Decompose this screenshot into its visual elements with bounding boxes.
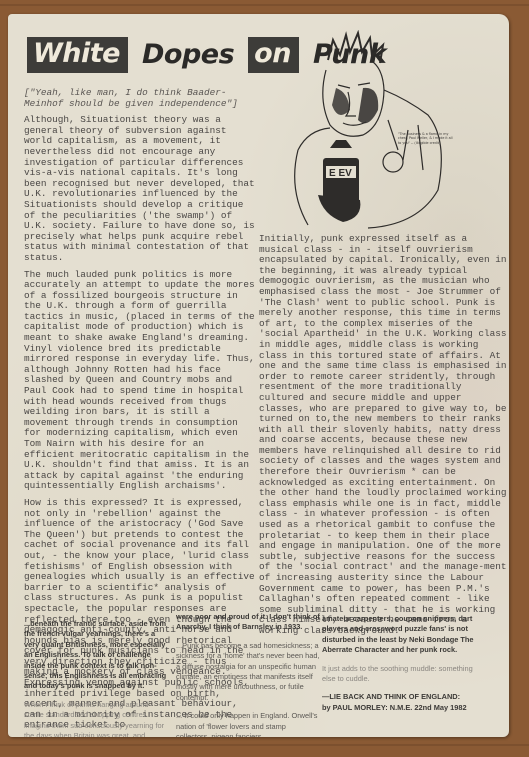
wood-grain	[0, 744, 529, 746]
article-column-right: Initially, punk expressed itself as a mu…	[259, 234, 509, 643]
svg-text:E EV: E EV	[329, 168, 352, 179]
article-paragraph: The much lauded punk politics is more ac…	[24, 270, 260, 492]
headline-word-dopes: Dopes	[136, 38, 240, 72]
quote-paragraph: ...beneath the frantic surface, aside fr…	[24, 619, 169, 692]
magazine-page: White Dopes on Punk E EV "The business &…	[8, 14, 509, 737]
quote-paragraph: were poor and proud of it. I don't think…	[176, 612, 321, 633]
quote-box-column-3: amateur carpenters, coupon snippers, dar…	[322, 614, 477, 721]
article-paragraph: Although, Situationist theory was a gene…	[24, 115, 260, 263]
quote-box-column-1: ...beneath the frantic surface, aside fr…	[24, 619, 169, 737]
quote-paragraph: ...Punk has become a sad homesickness; a…	[176, 641, 321, 703]
epigraph: ["Yeah, like man, I do think Baader-Mein…	[24, 88, 260, 109]
quote-paragraph: It just adds to the soothing muddle: som…	[322, 664, 477, 685]
article-paragraph: Initially, punk expressed itself as a mu…	[259, 234, 509, 637]
quote-paragraph: When I think of punks hanging around ste…	[24, 700, 169, 737]
punk-illustration-icon: E EV	[288, 30, 453, 230]
attribution-line-2: by PAUL MORLEY: N.M.E. 22nd May 1982	[322, 703, 477, 713]
attribution-line-1: —LIE BACK AND THINK OF ENGLAND:	[322, 692, 477, 702]
headline-word-white: White	[27, 37, 128, 73]
illustration-caption: "The business & a flame in my chest, Pau…	[398, 132, 454, 145]
quote-paragraph: ... It could only happen in England. Orw…	[176, 711, 321, 737]
quote-paragraph: amateur carpenters, coupon snippers, dar…	[322, 614, 477, 656]
wood-grain	[0, 4, 529, 6]
quote-box-column-2: were poor and proud of it. I don't think…	[176, 612, 321, 737]
